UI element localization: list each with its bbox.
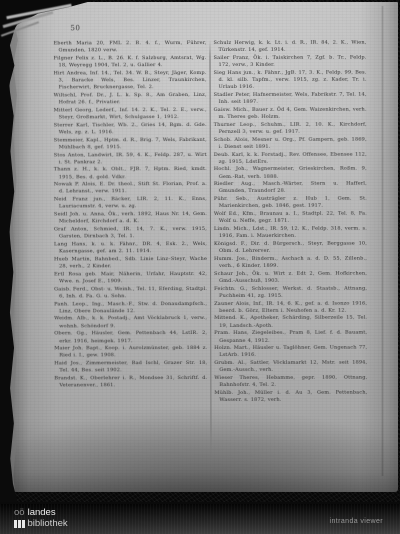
register-entry: Stadler Peter, Hafnermeister, Wels, Fabr… xyxy=(214,91,367,106)
printed-text-layer: 50 Eberth Maria 20, FML 2. B. 4. f., Wur… xyxy=(9,1,398,492)
register-entry: Holzn. Mart., Häusler u. Taglöhner, Gem.… xyxy=(214,345,367,360)
register-entry: Thurner Leop., Schuhm., LIR. 2, 10. K., … xyxy=(214,121,367,136)
register-entry: Obern. Gg., Häusler, Gem. Pettenbach 44,… xyxy=(54,330,207,345)
three-bars-icon xyxy=(14,520,25,528)
register-entry: Sterrer Karl, Tischler, Wb. 2., Gries 14… xyxy=(54,122,207,137)
register-entry: Deub. Karl, k. k. Forstadj., Rev. Offens… xyxy=(214,151,367,166)
register-entry: Humm. Jos., Binderm., Aschach a. d. D. 5… xyxy=(214,255,367,270)
register-entry: Grubm. Al., Sattler, Vöcklamarkt 12, Mst… xyxy=(214,360,367,375)
library-logo[interactable]: oölandes bibliothek xyxy=(14,507,68,529)
register-entry: Stos Anton, Landwirt, IR. 59, 4. K., Fel… xyxy=(54,151,207,166)
register-entry: Neid Franz jun., Bäcker, LIR. 2, 11. K.,… xyxy=(54,196,207,211)
register-entry: Thann z. H., k. k. Oblt., FJB. 7, Hptm. … xyxy=(54,166,207,181)
register-entry: Feichtn. G., Schlosser, Werkst. d. Staat… xyxy=(214,285,367,300)
register-entry: Schob. Alois, Mesner u. Org., Pf. Gamper… xyxy=(214,136,367,151)
book-page: 50 Eberth Maria 20, FML 2. B. 4. f., Wur… xyxy=(10,2,398,492)
register-entry: Nowak P. Alois, E. Dr. theol., Stift St.… xyxy=(54,181,207,196)
register-entry: Hirt Andrea, Inf. 14., Tel. 34. W. B., S… xyxy=(54,70,207,92)
register-entry: Gaisw. Mich., Bauer z. Öd 4, Gem. Waizen… xyxy=(214,106,367,121)
register-entry: Graf Anton, Schmied, IR. 14, 7. K., verw… xyxy=(54,226,207,241)
logo-oo-label: oö xyxy=(14,507,25,518)
library-logo-line2: bibliothek xyxy=(14,518,68,529)
column-divider xyxy=(209,40,211,470)
scanned-page-image[interactable]: 50 Eberth Maria 20, FML 2. B. 4. f., Wur… xyxy=(0,0,400,504)
register-entry: Filgner Felix z. L., B. 26. K. f. Salzbu… xyxy=(53,55,206,70)
page-number: 50 xyxy=(70,24,80,32)
register-entry: Mühlb. Joh., Müller i. d. Au 3, Gem. Pet… xyxy=(214,390,367,405)
viewer-watermark: intranda viewer xyxy=(330,518,383,525)
register-entry: Weidm. Alb., k. k. Postadj., Amt Vöcklab… xyxy=(54,315,207,330)
register-entry: Lang Hans, k. u. k. Fähnr., DR. 4, Esk. … xyxy=(54,241,207,256)
register-entry: Ertl Rosa geb. Mair, Näherin, Urfahr, Ha… xyxy=(54,271,207,286)
register-entry: Gaisb. Ferd., Obst- u. Weinh., Tel. 11, … xyxy=(54,286,207,301)
register-entry: Seidl Joh. u. Anna, Ök., verh. 1892, Hau… xyxy=(54,211,207,226)
register-entry: Zauner Alois, Inf., IR. 14, 6. K., gef. … xyxy=(214,300,367,315)
register-entry: Stemmeier, Kapl., Hptm. d. R., Brig. 7, … xyxy=(54,137,207,152)
register-entry: Wiltschl, Prof. Dr., J. L. k. Sp. 8., Am… xyxy=(54,92,207,107)
register-entry: Eberth Maria 20, FML 2. B. 4. f., Wurm, … xyxy=(53,40,206,55)
register-entry: Haid Jos., Zimmermeister, Bad Ischl, Gra… xyxy=(54,360,207,375)
register-entry: Mitterl Georg, Lederf., Inf. 14. 2. K., … xyxy=(54,107,207,122)
text-column-left: Eberth Maria 20, FML 2. B. 4. f., Wurm, … xyxy=(53,40,207,482)
register-entry: Hueb Martin, Bahnbed., Sdb. Linie Linz–S… xyxy=(54,256,207,271)
register-entry: Wieser Theres, Hebamme, gepr. 1890, Ottn… xyxy=(214,375,367,390)
register-entry: Königsd. F., Dir. d. Bürgersch., Steyr, … xyxy=(214,241,367,256)
logo-bibliothek-label: bibliothek xyxy=(28,518,68,529)
register-entry: Brandst. K., Oberlehrer i. R., Mondsee 3… xyxy=(54,375,207,390)
register-entry: Wolf Ed., Kfm., Braunau a. I., Stadtpl. … xyxy=(214,211,367,226)
library-logo-line1: oölandes xyxy=(14,507,68,518)
viewer-footer: oölandes bibliothek intranda viewer xyxy=(0,502,400,534)
register-entry: Lindn. Mich., Ldst., IR. 59, 12. K., Fel… xyxy=(214,226,367,241)
digital-book-viewer: 50 Eberth Maria 20, FML 2. B. 4. f., Wur… xyxy=(0,0,400,534)
register-entry: Sieg Hans jun., k. Fähnr., JgB. 17, 3. K… xyxy=(214,69,367,91)
register-entry: Panh. Leop., Ing., Masch.-F., Stw. d. Do… xyxy=(54,301,207,316)
register-entry: Sailer Franz, Ök. i. Taiskirchen 7, Zgf.… xyxy=(213,54,366,69)
register-entry: Schaur Joh., Ök. u. Wirt z. Edt 2, Gem. … xyxy=(214,270,367,285)
register-entry: Mittend. K., Apotheker, Schärding, Silbe… xyxy=(214,315,367,330)
register-entry: Pram. Hans, Ziegeleibes., Pram 8, Lief. … xyxy=(214,330,367,345)
register-entry: Pühr. Seb., Austrägler z. Hub 1, Gem. St… xyxy=(214,196,367,211)
text-column-right: Schulz Herwig, k. k. Lt. i. d. R., IR. 8… xyxy=(213,40,367,482)
register-entry: Riedler Aug., Masch.-Wärter, Stern u. Ha… xyxy=(214,181,367,196)
register-entry: Schulz Herwig, k. k. Lt. i. d. R., IR. 8… xyxy=(213,40,366,55)
logo-landes-label: landes xyxy=(28,507,56,518)
register-entry: Maier Joh. Bapt., Koop. i. Aurolzmünster… xyxy=(54,345,207,360)
register-entry: Hochl. Joh., Wagnermeister, Grieskirchen… xyxy=(214,166,367,181)
